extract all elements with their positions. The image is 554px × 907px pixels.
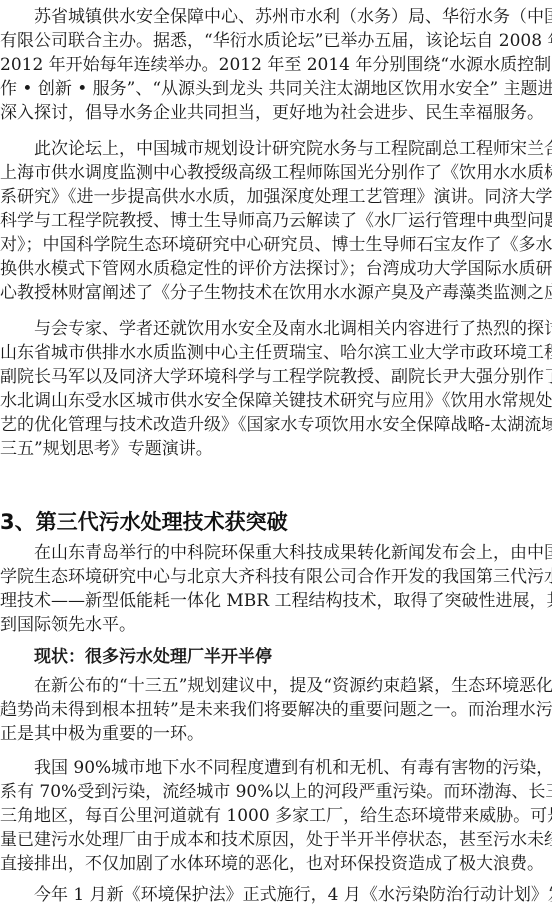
paragraph-6-line-4: 量已建污水处理厂由于成本和技术原因，处于半开半停状态，甚至污水未经处理 <box>0 828 552 852</box>
paragraph-2-line-3: 系研究》《进一步提高供水水质，加强深度处理工艺管理》演讲。同济大学环境 <box>0 185 552 209</box>
paragraph-3-line-2: 山东省城市供排水水质监测中心主任贾瑞宝、哈尔滨工业大学市政环境工程学院 <box>0 341 552 365</box>
paragraph-2-line-2: 上海市供水调度监测中心教授级高级工程师陈国光分别作了《饮用水水质标准体 <box>0 161 552 185</box>
paragraph-4-line-4: 到国际领先水平。 <box>0 613 552 637</box>
paragraph-1-line-3: 2012 年开始每年连续举办。2012 年至 2014 年分别围绕“水源水质控制… <box>0 53 552 77</box>
paragraph-1-line-4: 作 • 创新 • 服务”、“从源头到龙头 共同关注太湖地区饮用水安全” 主题进行… <box>0 77 552 101</box>
paragraph-1-line-2: 有限公司联合主办。据悉，“华衍水质论坛”已举办五届，该论坛自 2008 年发起， <box>0 29 552 53</box>
paragraph-2-line-1: 此次论坛上，中国城市规划设计研究院水务与工程院副总工程师宋兰合、 <box>0 137 552 161</box>
paragraph-2-line-6: 换供水模式下管网水质稳定性的评价方法探讨》；台湾成功大学国际水质研究中 <box>0 257 552 281</box>
paragraph-1-line-5: 深入探讨，倡导水务企业共同担当，更好地为社会进步、民生幸福服务。 <box>0 101 552 125</box>
paragraph-1-line-1: 苏省城镇供水安全保障中心、苏州市水利（水务）局、华衍水务（中国） <box>0 5 552 29</box>
paragraph-7-line-1: 今年 1 月新《环境保护法》正式施行，4 月《水污染防治行动计划》发布， <box>0 883 552 907</box>
paragraph-5-line-3: 正是其中极为重要的一环。 <box>0 722 552 746</box>
paragraph-2-line-7: 心教授林财富阐述了《分子生物技术在饮用水水源产臭及产毒藻类监测之应用》。 <box>0 281 552 305</box>
paragraph-3-line-6: 三五”规划思考》专题演讲。 <box>0 437 552 461</box>
paragraph-6-line-2: 系有 70%受到污染，流经城市 90%以上的河段严重污染。而环渤海、长三角、珠 <box>0 780 552 804</box>
paragraph-2-line-4: 科学与工程学院教授、博士生导师高乃云解读了《水厂运行管理中典型问题的应 <box>0 209 552 233</box>
subheading: 现状：很多污水处理厂半开半停 <box>0 645 552 669</box>
section-heading: 3、第三代污水处理技术获突破 <box>0 508 288 536</box>
paragraph-4-line-2: 学院生态环境研究中心与北京大齐科技有限公司合作开发的我国第三代污水处 <box>0 565 552 589</box>
paragraph-6-line-1: 我国 90%城市地下水不同程度遭到有机和无机、有毒有害物的污染，江河水 <box>0 756 552 780</box>
paragraph-2-line-5: 对》；中国科学院生态环境研究中心研究员、博士生导师石宝友作了《多水源切 <box>0 233 552 257</box>
paragraph-4-line-1: 在山东青岛举行的中科院环保重大科技成果转化新闻发布会上，由中国科 <box>0 541 552 565</box>
paragraph-3-line-3: 副院长马军以及同济大学环境科学与工程学院教授、副院长尹大强分别作了《南 <box>0 365 552 389</box>
paragraph-3-line-4: 水北调山东受水区城市供水安全保障关键技术研究与应用》《饮用水常规处理工 <box>0 389 552 413</box>
paragraph-6-line-5: 直接排出，不仅加剧了水体环境的恶化，也对环保投资造成了极大浪费。 <box>0 852 552 876</box>
paragraph-3-line-1: 与会专家、学者还就饮用水安全及南水北调相关内容进行了热烈的探讨。 <box>0 317 552 341</box>
paragraph-5-line-1: 在新公布的“十三五”规划建议中，提及“资源约束趋紧，生态环境恶化 <box>0 674 552 698</box>
paragraph-4-line-3: 理技术——新型低能耗一体化 MBR 工程结构技术，取得了突破性进展，其性能达 <box>0 589 552 613</box>
paragraph-3-line-5: 艺的优化管理与技术改造升级》《国家水专项饮用水安全保障战略-太湖流域“十 <box>0 413 552 437</box>
paragraph-6-line-3: 三角地区，每百公里河道就有 1000 多家工厂，给生态环境带来威胁。可是，大 <box>0 804 552 828</box>
paragraph-5-line-2: 趋势尚未得到根本扭转”是未来我们将要解决的重要问题之一。而治理水污染， <box>0 698 552 722</box>
